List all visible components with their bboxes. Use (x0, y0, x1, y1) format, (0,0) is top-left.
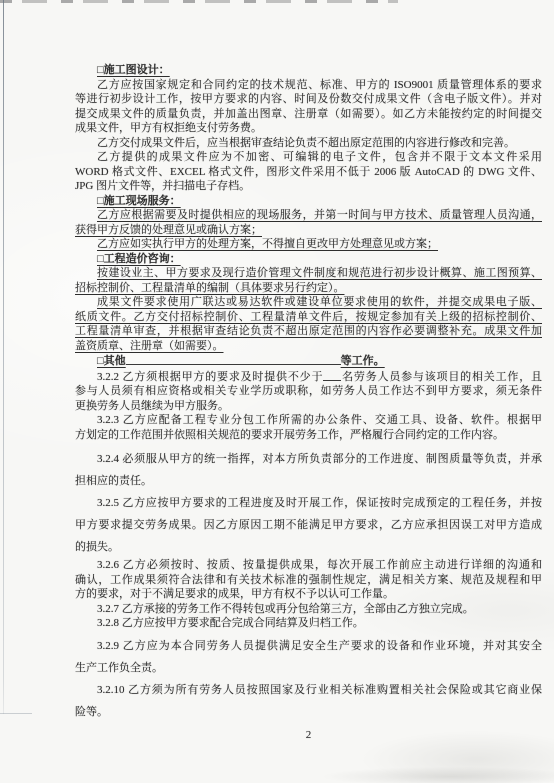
text-segment: 等进行初步设计工作，按甲方要求的内容、时间及份数交付成果文件（含电子版文件）。并… (75, 93, 542, 105)
text-segment: 更换劳务人员继续为甲方服务。 (75, 400, 229, 412)
text-segment: 担相应的责任。 (75, 475, 152, 487)
text-segment: JPG 图片文件等，并扫描电子存档。 (75, 180, 250, 192)
text-segment: 成果文件，甲方有权拒绝支付劳务费。 (75, 122, 262, 134)
text-line: 乙方应根据需要及时提供相应的现场服务，并第一时间与甲方技术、质量管理人员沟通， (75, 208, 542, 223)
scan-smudge (324, 767, 554, 783)
text-line: 方的要求，对于不满足要求的成果，甲方有权不予以认可工作量。 (75, 587, 542, 602)
text-segment: 乙方应根据需要及时提供相应的现场服务，并第一时间与甲方技术、质量管理人员沟通， (97, 209, 542, 221)
document-lines: □施工图设计：乙方应按国家规定和合同约定的技术规范、标准、甲方的 ISO9001… (75, 63, 542, 723)
text-line: 3.2.9 乙方应为本合同劳务人员提供满足安全生产要求的设备和作业环境，并对其安… (75, 635, 542, 657)
text-segment: 工程量清单审查，并根据审查结论负责不超出原定范围的内容作必要调整补充。成果文件加 (75, 325, 542, 337)
text-segment: 参与人员须有相应资格或相关专业学历或职称，如劳务人员工作达不到甲方要求，须无条件 (75, 385, 542, 397)
text-segment: 方的要求，对于不满足要求的成果，甲方有权不予以认可工作量。 (75, 588, 394, 600)
text-segment: 获得甲方反馈的处理意见或确认方案； (75, 224, 262, 236)
text-line: 3.2.6 乙方必须按时、按质、按量提供成果，每次开展工作前应主动进行详细的沟通… (75, 558, 542, 573)
text-line: 3.2.3 乙方应配备工程专业分包工作所需的办公条件、交通工具、设备、软件。根据… (75, 413, 542, 428)
text-line: 确认，工作成果须符合法律和有关技术标准的强制性规定，满足相关方案、规范及规程和甲 (75, 573, 542, 588)
text-line: 险等。 (75, 701, 542, 723)
contract-scan-page: { "page": { "number": "2", "background_c… (0, 0, 554, 783)
text-segment: 乙方应如实执行甲方的处理方案，不得擅自更改甲方处理意见或方案； (97, 238, 438, 250)
text-line: 3.2.7 乙方承接的劳务工作不得转包或再分包给第三方，全部由乙方独立完成。 (75, 602, 542, 617)
text-segment: 3.2.10 乙方须为所有劳务人员按照国家及行业相关标准购置相关社会保险或其它商… (97, 684, 542, 696)
scan-left-page-edge-line (3, 0, 4, 714)
text-line: 3.2.4 必须服从甲方的统一指挥，对本方所负责部分的工作进度、制图质量等负责，… (75, 448, 542, 470)
text-line: WORD 格式文件、EXCEL 格式文件，图形文件采用不低于 2006 版 Au… (75, 165, 542, 180)
text-segment: 3.2.5 乙方应按甲方要求的工程进度及时开展工作，保证按时完成预定的工程任务，… (97, 497, 542, 509)
text-segment: 盖资质章、注册章（如需要）。 (75, 340, 224, 352)
page-number: 2 (75, 725, 542, 745)
text-line: 3.2.8 乙方应按甲方要求配合完成合同结算及归档工作。 (75, 616, 542, 631)
section-heading: □施工图设计： (75, 63, 542, 78)
text-segment: 等工作。 (341, 355, 385, 367)
text-line: 3.2.10 乙方须为所有劳务人员按照国家及行业相关标准购置相关社会保险或其它商… (75, 679, 542, 701)
text-segment: 3.2.7 乙方承接的劳务工作不得转包或再分包给第三方，全部由乙方独立完成。 (97, 603, 474, 615)
text-line: 乙方应如实执行甲方的处理方案，不得擅自更改甲方处理意见或方案； (75, 237, 542, 252)
text-segment: 生产工作负全责。 (75, 662, 163, 674)
text-line: 的损失。 (75, 536, 542, 558)
text-segment: □工程造价咨询： (97, 253, 181, 265)
text-line: 纸质文件。乙方交付招标控制价、工程量清单文件后，按规定参加有关上级的招标控制价、 (75, 310, 542, 325)
text-line: 参与人员须有相应资格或相关专业学历或职称，如劳务人员工作达不到甲方要求，须无条件 (75, 384, 542, 399)
text-segment: 方划定的工作范围并依照相关规范的要求开展劳务工作，严格履行合同约定的工作内容。 (75, 429, 504, 441)
text-segment: 的损失。 (75, 541, 119, 553)
text-segment: 乙方提供的成果文件应为不加密、可编辑的电子文件，包含并不限于文本文件采用 (97, 151, 542, 163)
text-segment: 甲方要求提交劳务成果。因乙方原因工期不能满足甲方要求，乙方应承担因误工对甲方造成 (75, 519, 542, 531)
text-line: 更换劳务人员继续为甲方服务。 (75, 399, 542, 414)
text-segment: □其他 (97, 355, 126, 367)
text-line: 成果文件，甲方有权拒绝支付劳务费。 (75, 121, 542, 136)
text-line: 乙方交付成果文件后，应当根据审查结论负责不超出原定范围的内容进行修改和完善。 (75, 136, 542, 151)
scan-bottom-page-edge-line (0, 713, 32, 714)
text-line: 生产工作负全责。 (75, 657, 542, 679)
text-segment: 招标控制价、工程量清单的编制（具体要求另行约定）。 (75, 282, 345, 294)
text-segment: 3.2.3 乙方应配备工程专业分包工作所需的办公条件、交通工具、设备、软件。根据… (97, 414, 542, 426)
text-segment: □施工图设计： (97, 64, 170, 76)
text-line: 盖资质章、注册章（如需要）。 (75, 339, 542, 354)
text-segment: 3.2.4 必须服从甲方的统一指挥，对本方所负责部分的工作进度、制图质量等负责，… (97, 453, 542, 465)
text-line: 成果文件要求使用广联达或易达软件或建设单位要求使用的软件，并提交成果电子版、 (75, 295, 542, 310)
text-segment: 成果文件要求使用广联达或易达软件或建设单位要求使用的软件，并提交成果电子版、 (97, 296, 542, 308)
text-segment: 3.2.6 乙方必须按时、按质、按量提供成果，每次开展工作前应主动进行详细的沟通… (97, 559, 542, 571)
text-segment: 乙方交付成果文件后，应当根据审查结论负责不超出原定范围的内容进行修改和完善。 (97, 137, 515, 149)
section-heading: □工程造价咨询： (75, 252, 542, 267)
contract-text-block: □施工图设计：乙方应按国家规定和合同约定的技术规范、标准、甲方的 ISO9001… (75, 63, 542, 745)
text-line: 3.2.2 乙方须根据甲方的要求及时提供不少于名劳务人员参与该项目的相关工作，且 (75, 369, 542, 385)
text-line: 乙方应按国家规定和合同约定的技术规范、标准、甲方的 ISO9001 质量管理体系… (75, 78, 542, 93)
text-segment: 提交成果文件的质量负责，并加盖出图章、注册章（如需要）。如乙方未能按约定的时间提… (75, 108, 542, 120)
text-line: 招标控制价、工程量清单的编制（具体要求另行约定）。 (75, 281, 542, 296)
text-segment: 名劳务人员参与该项目的相关工作，且 (341, 371, 542, 383)
text-segment: □施工现场服务： (97, 195, 181, 207)
scan-top-edge-artifact (0, 0, 398, 3)
text-segment: 3.2.8 乙方应按甲方要求配合完成合同结算及归档工作。 (97, 617, 364, 629)
section-heading: □施工现场服务： (75, 194, 542, 209)
text-line: 方划定的工作范围并依照相关规范的要求开展劳务工作，严格履行合同约定的工作内容。 (75, 428, 542, 443)
text-line: 提交成果文件的质量负责，并加盖出图章、注册章（如需要）。如乙方未能按约定的时间提… (75, 107, 542, 122)
fill-in-blank-underline (323, 369, 341, 381)
text-line: 按建设业主、甲方要求及现行造价管理文件制度和规范进行初步设计概算、施工图预算、 (75, 266, 542, 281)
text-segment: 乙方应按国家规定和合同约定的技术规范、标准、甲方的 ISO9001 质量管理体系… (97, 79, 542, 91)
text-segment: 3.2.2 乙方须根据甲方的要求及时提供不少于 (97, 371, 323, 383)
text-line: 3.2.5 乙方应按甲方要求的工程进度及时开展工作，保证按时完成预定的工程任务，… (75, 492, 542, 514)
text-segment: 3.2.9 乙方应为本合同劳务人员提供满足安全生产要求的设备和作业环境，并对其安… (97, 640, 542, 652)
text-segment: 险等。 (75, 706, 108, 718)
text-line: 甲方要求提交劳务成果。因乙方原因工期不能满足甲方要求，乙方应承担因误工对甲方造成 (75, 514, 542, 536)
text-segment: 纸质文件。乙方交付招标控制价、工程量清单文件后，按规定参加有关上级的招标控制价、 (75, 311, 542, 323)
text-line: 担相应的责任。 (75, 470, 542, 492)
text-line: 等进行初步设计工作，按甲方要求的内容、时间及份数交付成果文件（含电子版文件）。并… (75, 92, 542, 107)
text-segment: 按建设业主、甲方要求及现行造价管理文件制度和规范进行初步设计概算、施工图预算、 (97, 267, 542, 279)
text-line: 获得甲方反馈的处理意见或确认方案； (75, 223, 542, 238)
fill-in-blank-underline (126, 353, 341, 365)
text-line: 工程量清单审查，并根据审查结论负责不超出原定范围的内容作必要调整补充。成果文件加 (75, 324, 542, 339)
text-line: JPG 图片文件等，并扫描电子存档。 (75, 179, 542, 194)
text-segment: 确认，工作成果须符合法律和有关技术标准的强制性规定，满足相关方案、规范及规程和甲 (75, 574, 542, 586)
text-line: 乙方提供的成果文件应为不加密、可编辑的电子文件，包含并不限于文本文件采用 (75, 150, 542, 165)
text-segment: WORD 格式文件、EXCEL 格式文件，图形文件采用不低于 2006 版 Au… (75, 166, 542, 178)
text-line: □其他等工作。 (75, 353, 542, 369)
